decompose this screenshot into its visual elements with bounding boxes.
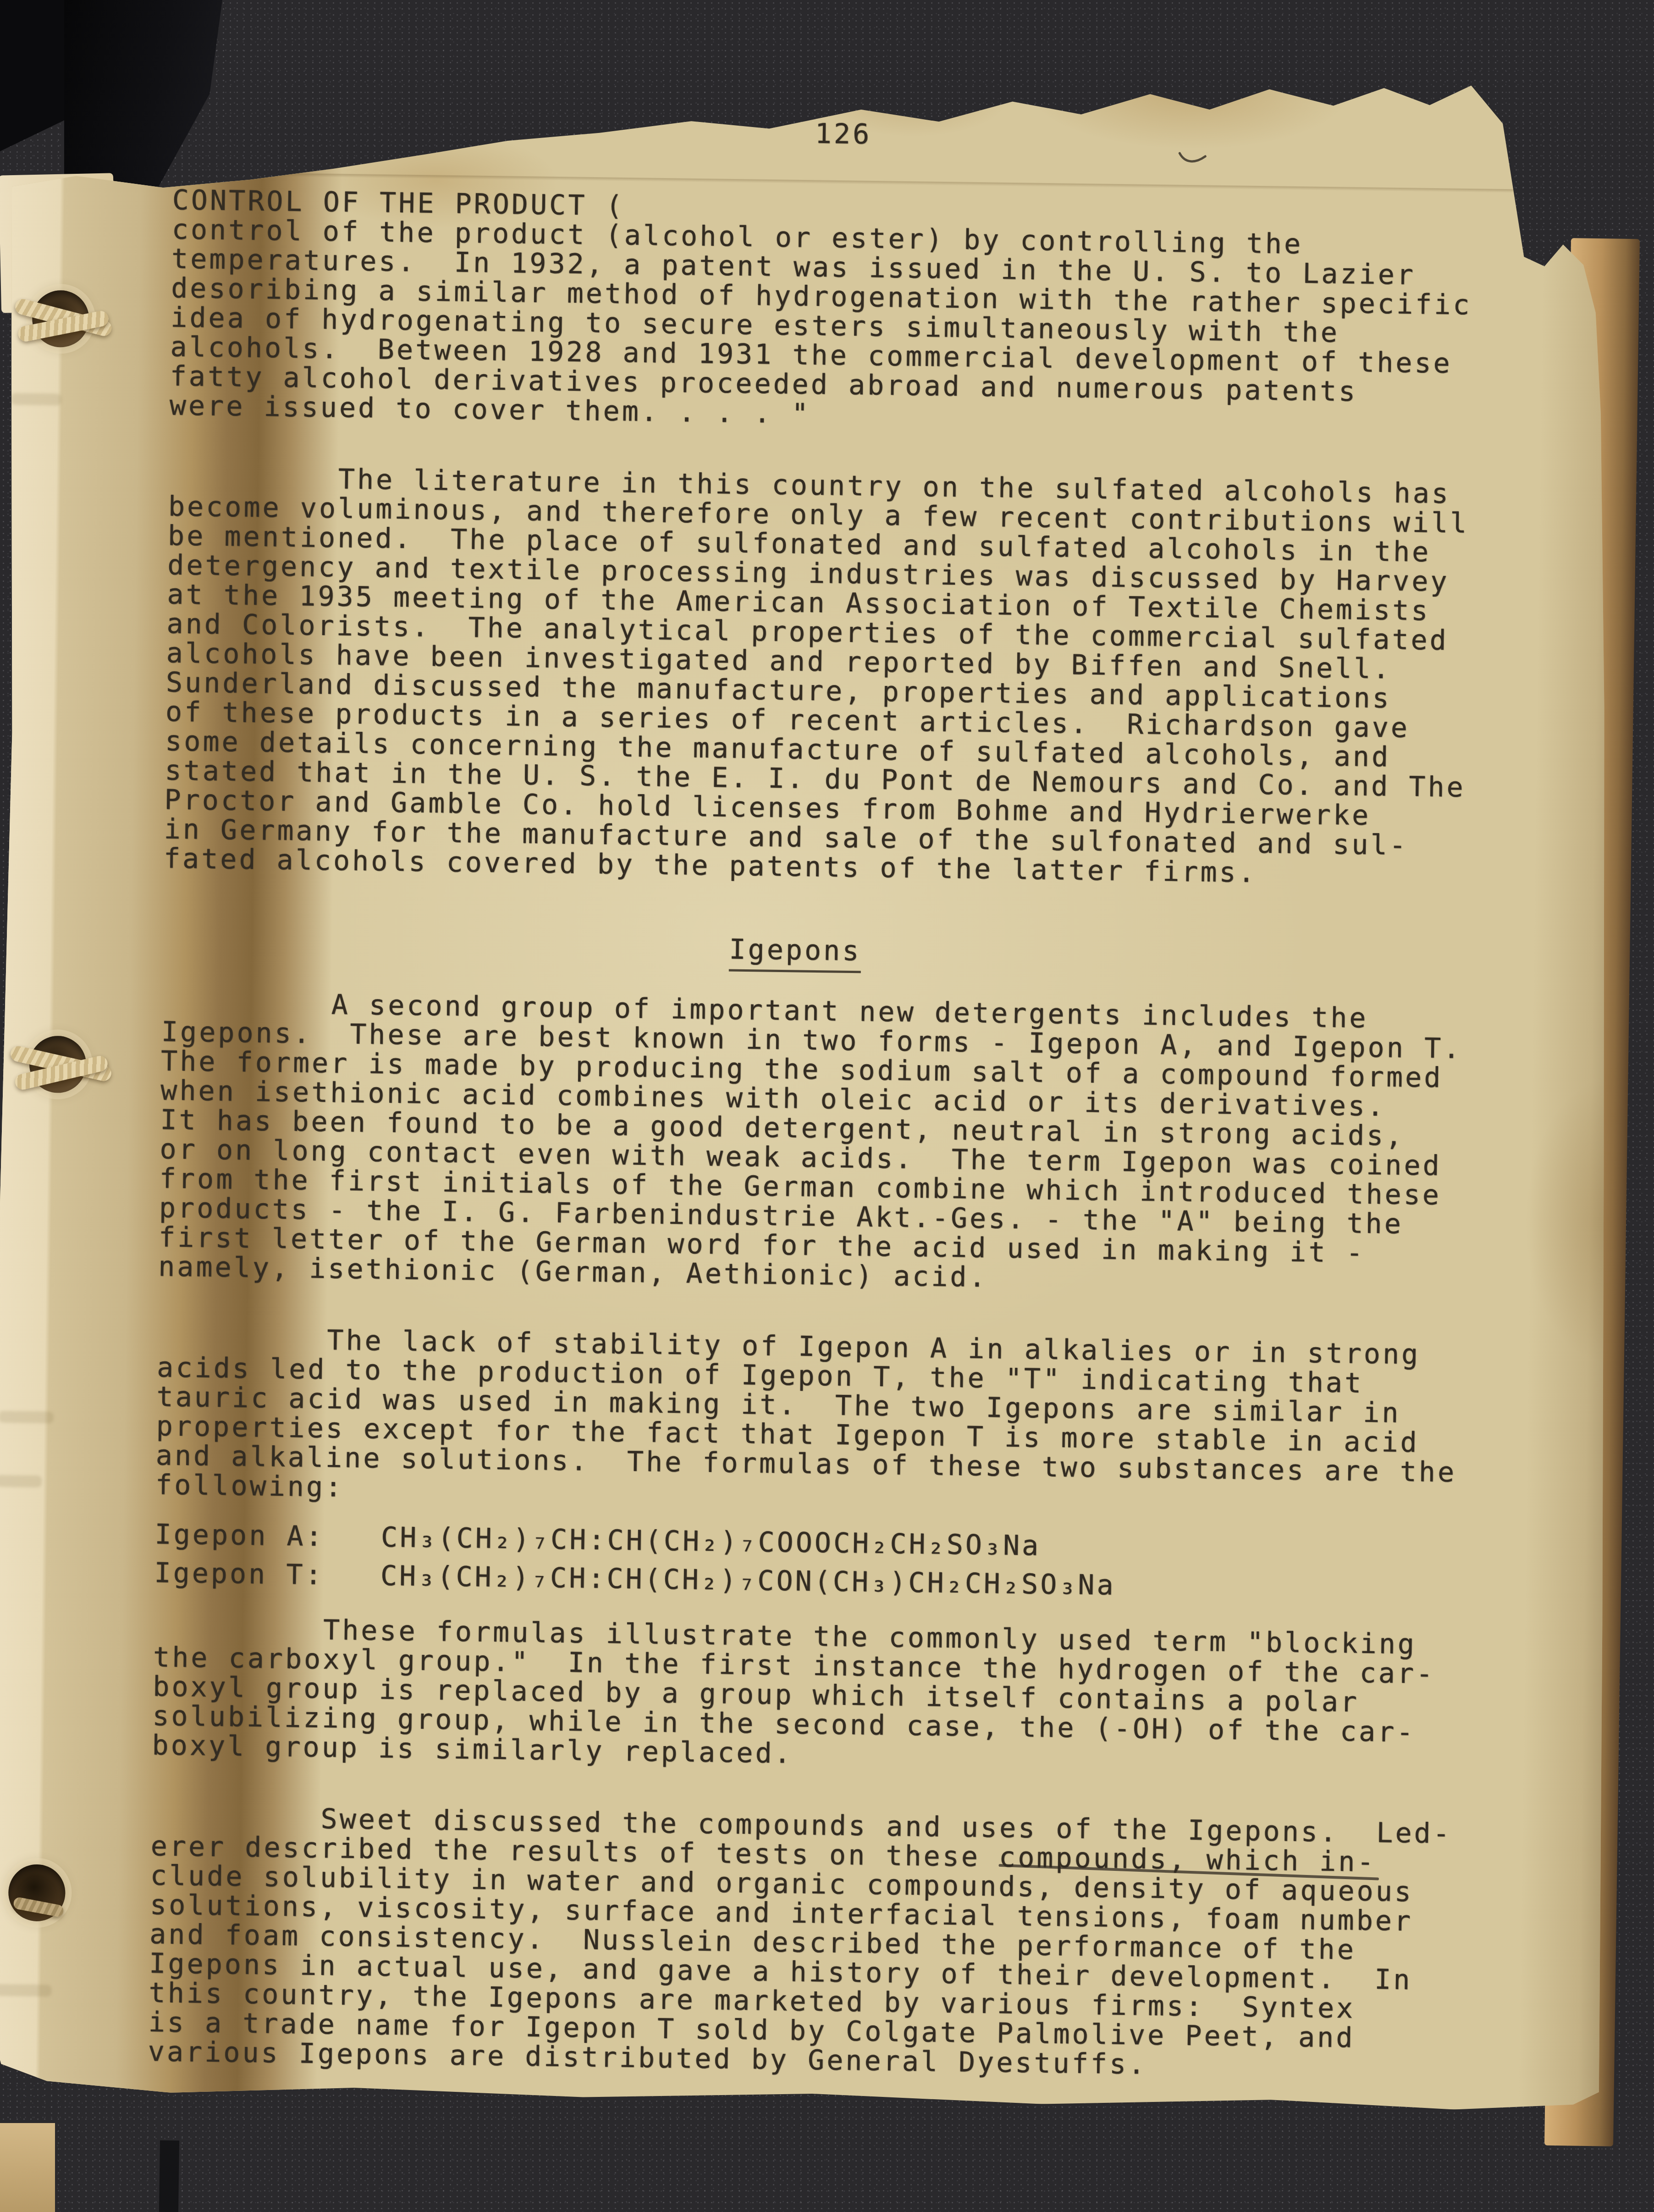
page-number: 126 (815, 119, 871, 149)
paragraph-3: A second group of important new detergen… (158, 988, 1427, 1298)
under-page-bottom-corner (0, 2123, 55, 2212)
paragraph-6: Sweet discussed the compounds and uses o… (148, 1802, 1416, 2083)
show-through-text (0, 1411, 54, 1424)
book-cover-corner (0, 0, 69, 151)
typed-text-block: CONTROL OF THE PRODUCT ( control of the … (148, 185, 1437, 2083)
paragraph-4: The lack of stability of Igepon A in alk… (155, 1323, 1423, 1516)
scanned-book-photo: 126 CONTROL OF THE PRODUCT ( control of … (0, 0, 1654, 2212)
section-heading-text: Igepons (729, 933, 861, 973)
show-through-text (0, 1475, 42, 1488)
show-through-text (11, 393, 61, 405)
paragraph-1: control of the product (alcohol or ester… (169, 215, 1437, 437)
book-cover-edge-bottom (159, 2140, 179, 2212)
document-page: 126 CONTROL OF THE PRODUCT ( control of … (0, 44, 1646, 2166)
paragraph-5: These formulas illustrate the commonly u… (152, 1613, 1419, 1776)
section-heading: Igepons (162, 927, 1428, 973)
show-through-text (0, 1984, 52, 1997)
pen-mark-icon (1177, 149, 1209, 171)
paragraph-2: The literature in this country on the su… (163, 462, 1433, 890)
chemical-formulas: Igepon A: CH₃(CH₂)₇CH:CH(CH₂)₇COOOCH₂CH₂… (154, 1515, 1420, 1609)
